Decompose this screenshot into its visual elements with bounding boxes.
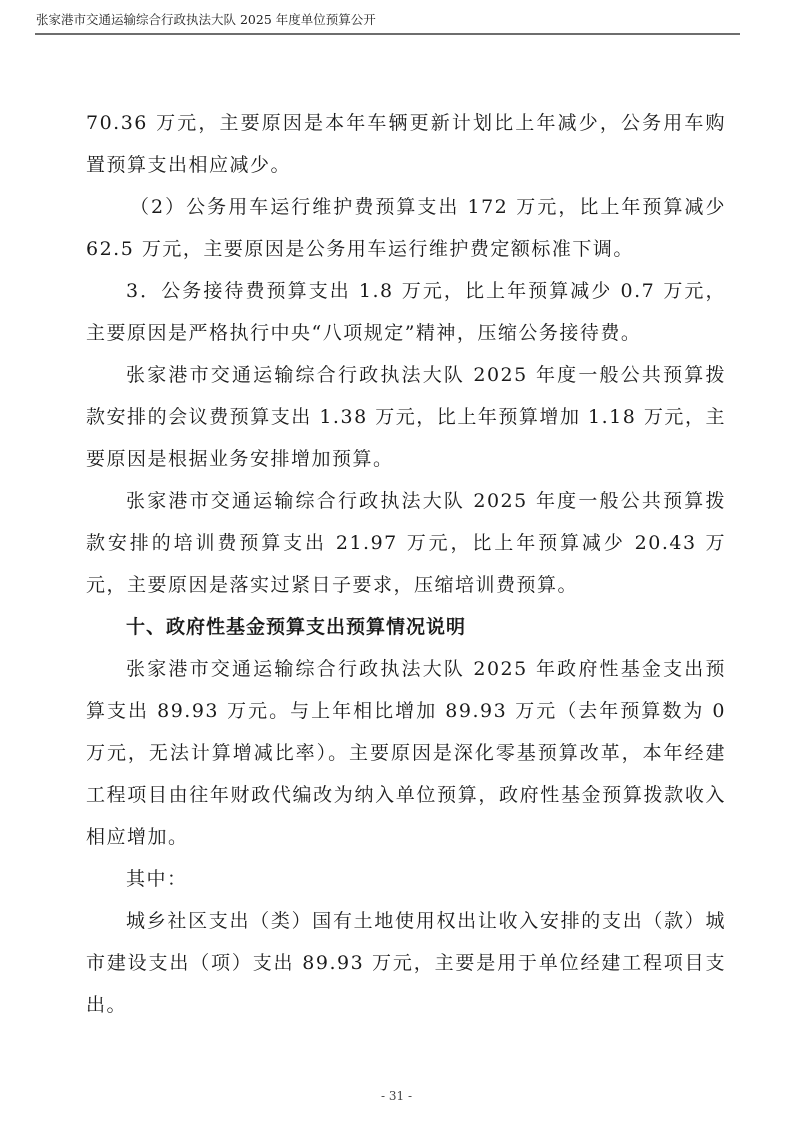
page-number: - 31 - (0, 1089, 793, 1103)
document-body: 70.36 万元，主要原因是本年车辆更新计划比上年减少，公务用车购置预算支出相应… (86, 102, 726, 1026)
section-heading: 十、政府性基金预算支出预算情况说明 (86, 606, 726, 648)
paragraph-vehicle-maintenance: （2）公务用车运行维护费预算支出 172 万元，比上年预算减少 62.5 万元，… (86, 186, 726, 270)
paragraph-among-which: 其中： (86, 858, 726, 900)
paragraph-meeting-fee: 张家港市交通运输综合行政执法大队 2025 年度一般公共预算拨款安排的会议费预算… (86, 354, 726, 480)
paragraph-government-fund: 张家港市交通运输综合行政执法大队 2025 年政府性基金支出预算支出 89.93… (86, 648, 726, 858)
paragraph-urban-rural-expenditure: 城乡社区支出（类）国有土地使用权出让收入安排的支出（款）城市建设支出（项）支出 … (86, 900, 726, 1026)
paragraph-vehicle-purchase: 70.36 万元，主要原因是本年车辆更新计划比上年减少，公务用车购置预算支出相应… (86, 102, 726, 186)
page-header: 张家港市交通运输综合行政执法大队 2025 年度单位预算公开 (36, 10, 741, 28)
header-divider (35, 33, 740, 35)
paragraph-reception-fee: 3．公务接待费预算支出 1.8 万元，比上年预算减少 0.7 万元，主要原因是严… (86, 270, 726, 354)
paragraph-training-fee: 张家港市交通运输综合行政执法大队 2025 年度一般公共预算拨款安排的培训费预算… (86, 480, 726, 606)
